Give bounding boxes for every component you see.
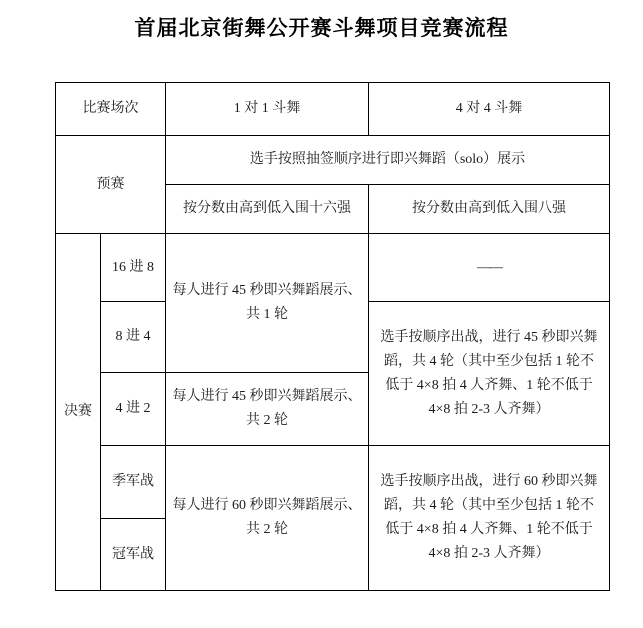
- table-row: 决赛 16 进 8 每人进行 45 秒即兴舞蹈展示、共 1 轮 ——: [56, 234, 610, 302]
- finals-16to8-4v4-cell: ——: [369, 234, 610, 302]
- stage-third-place-label: 季军战: [101, 446, 166, 519]
- header-1v1-battle: 1 对 1 斗舞: [166, 83, 369, 136]
- preliminary-cut-4v4-cell: 按分数由高到低入围八强: [369, 185, 610, 234]
- competition-flow-table: 比赛场次 1 对 1 斗舞 4 对 4 斗舞 预赛 选手按照抽签顺序进行即兴舞蹈…: [55, 82, 610, 591]
- finals-medal-1v1-cell: 每人进行 60 秒即兴舞蹈展示、共 2 轮: [166, 446, 369, 591]
- finals-4to2-1v1-cell: 每人进行 45 秒即兴舞蹈展示、共 2 轮: [166, 373, 369, 446]
- stage-8to4-label: 8 进 4: [101, 302, 166, 373]
- table-row: 预赛 选手按照抽签顺序进行即兴舞蹈（solo）展示: [56, 136, 610, 185]
- document-page: 首届北京街舞公开赛斗舞项目竞赛流程 比赛场次 1 对 1 斗舞 4 对 4 斗舞…: [0, 0, 643, 628]
- stage-final-label: 冠军战: [101, 519, 166, 591]
- finals-8to4-4v4-cell: 选手按顺序出战，进行 45 秒即兴舞蹈，共 4 轮（其中至少包括 1 轮不低于 …: [369, 302, 610, 446]
- preliminary-label: 预赛: [56, 136, 166, 234]
- page-title: 首届北京街舞公开赛斗舞项目竞赛流程: [0, 13, 643, 43]
- table-row: 比赛场次 1 对 1 斗舞 4 对 4 斗舞: [56, 83, 610, 136]
- finals-16to8-1v1-cell: 每人进行 45 秒即兴舞蹈展示、共 1 轮: [166, 234, 369, 373]
- finals-medal-4v4-cell: 选手按顺序出战，进行 60 秒即兴舞蹈，共 4 轮（其中至少包括 1 轮不低于 …: [369, 446, 610, 591]
- header-4v4-battle: 4 对 4 斗舞: [369, 83, 610, 136]
- finals-label: 决赛: [56, 234, 101, 591]
- header-session-label: 比赛场次: [56, 83, 166, 136]
- preliminary-solo-cell: 选手按照抽签顺序进行即兴舞蹈（solo）展示: [166, 136, 610, 185]
- stage-4to2-label: 4 进 2: [101, 373, 166, 446]
- table-row: 季军战 每人进行 60 秒即兴舞蹈展示、共 2 轮 选手按顺序出战，进行 60 …: [56, 446, 610, 519]
- preliminary-cut-1v1-cell: 按分数由高到低入围十六强: [166, 185, 369, 234]
- stage-16to8-label: 16 进 8: [101, 234, 166, 302]
